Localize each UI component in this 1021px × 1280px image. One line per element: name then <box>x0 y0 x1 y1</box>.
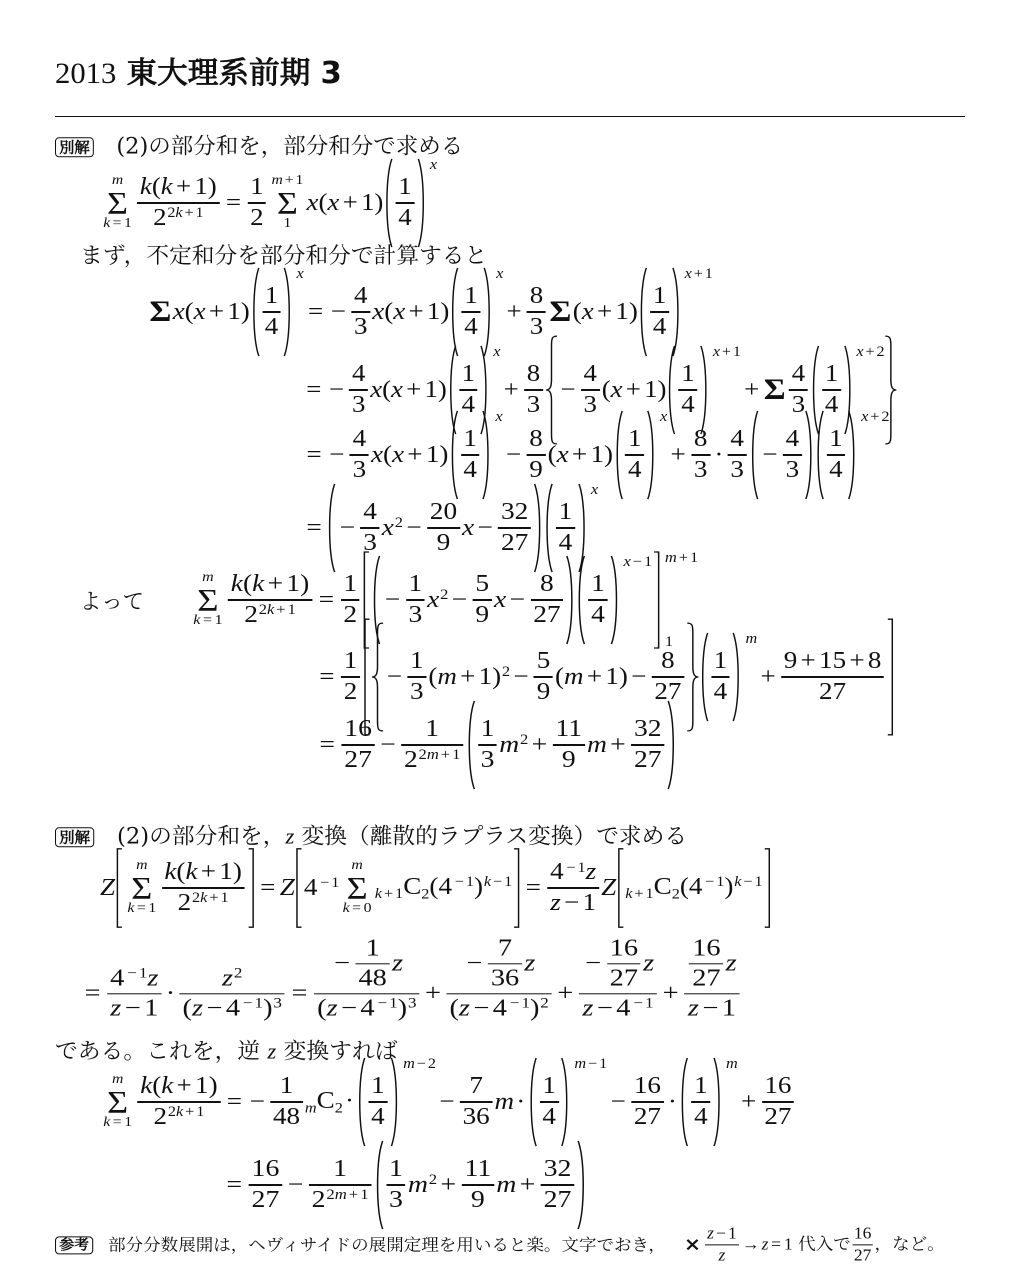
math-number: 2 <box>540 996 549 1012</box>
math-number: 1) <box>227 299 249 325</box>
math-number: 4 <box>354 283 367 309</box>
math-number: 1 <box>371 1073 385 1099</box>
sigma-operator: Σ <box>197 586 218 615</box>
math-number: 1 <box>733 344 741 360</box>
math-number: 1 <box>583 890 597 916</box>
math-number: 3 <box>786 457 800 483</box>
math-number: 1 <box>398 174 411 200</box>
math-number: 2 <box>234 966 243 982</box>
subscript: 2 <box>335 1100 343 1116</box>
math-variable: x <box>307 190 319 216</box>
math-operator: + <box>440 1172 456 1198</box>
math-run: 9 <box>562 747 576 774</box>
math-operator: + <box>408 299 423 325</box>
math-number: 36 <box>463 1104 490 1130</box>
math-number: ( <box>548 442 557 468</box>
math-run: 1 <box>653 283 666 310</box>
math-operator: + <box>849 648 864 674</box>
math-run: 9 <box>529 457 543 484</box>
right-parenthesis <box>732 632 742 722</box>
superscript: x <box>660 410 667 424</box>
denominator: 27 <box>631 746 664 774</box>
group-content: 14 <box>689 1057 712 1147</box>
right-bracket <box>886 618 895 736</box>
denominator: 4 <box>691 1103 710 1131</box>
math-variable: m <box>408 1172 428 1198</box>
math-run: 1 <box>694 1073 708 1100</box>
numerator: 11 <box>553 716 585 744</box>
superscript: 2k+1 <box>192 890 229 906</box>
math-number: ( <box>317 996 326 1022</box>
math-number: 2 <box>312 1187 326 1213</box>
math-number: 1 <box>463 426 477 452</box>
math-number: 1) <box>426 442 449 468</box>
fraction: z−1z <box>705 1224 738 1265</box>
math-operator: − <box>206 996 222 1022</box>
left-bracket <box>616 848 625 928</box>
math-variable: x <box>427 587 439 613</box>
math-run: 1 <box>425 716 439 743</box>
denominator: 9 <box>527 456 546 484</box>
right-bracket <box>512 848 521 928</box>
denominator: z <box>717 1246 727 1266</box>
numerator: 4 <box>361 499 380 527</box>
math-run: · <box>712 442 725 469</box>
label-badge: 別解 <box>55 827 94 847</box>
summation: mΣk=1 <box>127 859 156 917</box>
math-variable: m <box>564 664 584 690</box>
math-run: + <box>738 1089 760 1116</box>
label-badge: 別解 <box>55 137 94 157</box>
math-operator: − <box>705 874 714 890</box>
math-run: (m+1)2− <box>428 664 531 691</box>
math-number: 1 <box>645 886 653 902</box>
math-run: 22k+1 <box>153 1104 204 1131</box>
fraction: 14 <box>625 426 644 483</box>
math-number: 1 <box>716 874 724 890</box>
fraction: 4−1zz−1 <box>547 859 599 916</box>
group-content: 4−1mΣk=0k+1C2(4−1)k−1 <box>304 848 512 928</box>
lower-limit: 1 <box>284 217 292 232</box>
math-number: ( <box>383 442 392 468</box>
math-variable: z <box>643 950 654 976</box>
delimited-group: 4−1mΣk=0k+1C2(4−1)k−1 <box>295 848 522 928</box>
math-number: 3 <box>389 1187 403 1213</box>
math-number: 1 <box>521 996 530 1012</box>
math-run: 32 <box>634 716 662 743</box>
group-scripts: m−2 <box>403 1057 436 1147</box>
fraction: 13 <box>407 648 426 705</box>
math-run: (x+1) <box>548 442 613 469</box>
math-run: 8 <box>694 426 708 453</box>
math-run: (z−4−1)2 <box>449 996 548 1023</box>
math-variable: m <box>587 732 607 758</box>
math-number: 16 <box>764 1073 791 1099</box>
math-operator: − <box>243 996 253 1012</box>
math-variable: m <box>495 1089 515 1115</box>
math-dot-operator: · <box>345 1088 354 1114</box>
math-run: − <box>759 442 781 469</box>
denominator: 27 <box>631 1103 663 1131</box>
math-relation: = <box>308 299 323 325</box>
math-number: 16 <box>854 1223 872 1242</box>
numerator: 1 <box>822 361 841 389</box>
math-variable: x <box>861 409 868 425</box>
text: 部分分数展開は，ヘヴィサイドの展開定理を用いると楽。文字でおき， <box>108 1235 666 1254</box>
equation-z-transform-line-2: =4−1zz−1·z2(z−4−1)3=−148z(z−4−1)3+−736z(… <box>80 935 742 1052</box>
math-run: 16 <box>854 1224 872 1243</box>
fraction: 14 <box>462 283 481 340</box>
math-relation: = <box>260 875 275 901</box>
equation-inverse-result-line-1: mΣk=1k(k+1)22k+1=−148mC2·14m−2−736m·14m−… <box>100 1057 796 1147</box>
numerator: 4 <box>789 361 808 389</box>
math-run: 1 <box>628 426 642 453</box>
superscript: x <box>495 410 502 424</box>
math-number: 27 <box>819 679 846 705</box>
math-number: 2 <box>192 890 200 906</box>
math-number: 1 <box>148 901 156 916</box>
math-operator: + <box>870 409 879 425</box>
math-number: ( <box>428 664 437 690</box>
math-operator: + <box>185 1104 194 1120</box>
right-parenthesis <box>667 700 677 790</box>
math-run: 2 <box>250 205 263 232</box>
numerator: 8 <box>691 426 710 454</box>
math-number: 4 <box>694 1104 708 1130</box>
fraction: 1627 <box>689 935 723 992</box>
math-variable: k <box>231 571 243 597</box>
math-operator: − <box>340 515 355 541</box>
denominator: 9 <box>559 746 578 774</box>
math-operator: + <box>694 266 703 282</box>
math-number: 1 <box>366 935 380 961</box>
math-run: x(x+1) <box>371 442 448 469</box>
superscript: 3 <box>273 996 282 1012</box>
math-relation: = <box>113 1115 122 1130</box>
denominator: 22k+1 <box>150 204 206 232</box>
subscript: k+1 <box>625 886 653 902</box>
math-operator: + <box>201 859 216 885</box>
math-operator: + <box>670 442 685 468</box>
numerator: 1 <box>826 426 845 454</box>
math-number: 32 <box>634 716 662 742</box>
math-run: x(x+1) <box>370 377 447 404</box>
math-run: mC2· <box>305 1088 356 1116</box>
math-run: 4 <box>354 283 367 310</box>
fraction: 14 <box>396 174 415 231</box>
math-number: (4 <box>680 874 703 900</box>
math-run: − <box>383 664 405 691</box>
fraction: 43 <box>350 426 369 483</box>
math-run: 27 <box>344 747 372 774</box>
superscript: −1 <box>703 874 724 890</box>
numerator: 9+15+8 <box>781 648 884 676</box>
superscript: m <box>746 632 758 646</box>
math-number: 4 <box>463 457 477 483</box>
right-parenthesis <box>646 410 656 500</box>
math-variable: x <box>494 587 506 613</box>
math-number: 5 <box>475 571 489 597</box>
math-number: 1 <box>280 1073 294 1099</box>
math-number: 1) <box>427 299 449 325</box>
math-number: (4 <box>429 874 452 900</box>
left-parenthesis <box>383 158 393 248</box>
math-operator: + <box>865 344 874 360</box>
math-run: k+1C2(4−1)k−1 <box>625 874 762 902</box>
numerator: 8 <box>537 571 556 599</box>
math-run: 4 <box>786 426 800 453</box>
math-run: 4 <box>714 679 728 706</box>
denominator: 27 <box>607 964 641 992</box>
lower-limit: k=1 <box>103 217 132 232</box>
superscript: 2 <box>520 732 528 748</box>
superscript: x+2 <box>856 345 884 359</box>
math-run: k(k+1) <box>140 174 217 201</box>
math-run: (x+1) <box>573 299 638 326</box>
math-number: 8 <box>661 648 675 674</box>
numerator: 20 <box>427 499 460 527</box>
math-operator: + <box>634 886 643 902</box>
fraction: 119 <box>553 716 585 773</box>
math-number: 4 <box>714 679 728 705</box>
math-variable: x <box>856 344 863 360</box>
math-variable: k <box>161 174 173 200</box>
denominator: 27 <box>852 1246 873 1266</box>
math-number: 9 <box>562 747 576 773</box>
math-run: 27 <box>819 679 846 706</box>
numerator: 1 <box>341 571 360 599</box>
math-run: 1 <box>343 571 357 598</box>
math-run: Z <box>601 875 616 902</box>
superscript: x+1 <box>713 345 741 359</box>
math-number: ( <box>243 571 252 597</box>
math-number: 1 <box>559 499 573 525</box>
math-run: = <box>222 190 246 217</box>
group-content: 14 <box>824 410 847 500</box>
math-run: =Z <box>256 875 295 902</box>
math-run: 8 <box>529 426 543 453</box>
numerator: 4 <box>351 283 370 311</box>
math-number: 16 <box>252 1156 280 1182</box>
math-run: 11 <box>555 716 582 743</box>
superscript: 2k+1 <box>259 602 296 618</box>
math-number: 3 <box>408 996 417 1012</box>
math-number: 1 <box>255 996 264 1012</box>
math-run: 8 <box>527 361 540 388</box>
group-content: k+1C2(4−1)k−1 <box>625 848 762 928</box>
math-run: 27 <box>764 1104 791 1131</box>
math-number: 32 <box>544 1156 572 1182</box>
math-run: − <box>381 587 403 614</box>
math-run: k(k+1) <box>231 571 309 598</box>
denominator: z−1 <box>107 995 161 1023</box>
math-run: 22k+1 <box>244 602 296 629</box>
numerator: 1627z <box>684 935 739 993</box>
numerator: k(k+1) <box>162 859 245 887</box>
math-number: 1 <box>333 1156 347 1182</box>
superscript: k−1 <box>484 874 512 890</box>
math-number: 4 <box>542 1104 556 1130</box>
superscript: −1 <box>564 860 585 876</box>
math-number: 1 <box>481 716 495 742</box>
math-run: 1 <box>280 1073 294 1100</box>
numerator: 1 <box>406 571 425 599</box>
math-run: 16 <box>634 1073 661 1100</box>
math-variable: x <box>327 190 339 216</box>
fraction: 827 <box>652 648 684 705</box>
math-number: 1 <box>542 1073 556 1099</box>
delimited-group: k+1C2(4−1)k−1 <box>616 848 772 928</box>
math-number: 9 <box>784 648 798 674</box>
math-run: · <box>666 1089 679 1116</box>
math-number: 2 <box>404 747 418 773</box>
math-variable: k <box>161 1073 173 1099</box>
sigma-operator: Σ <box>107 1088 128 1117</box>
math-number: 8 <box>694 426 708 452</box>
math-operator: − <box>387 664 402 690</box>
math-operator: + <box>184 205 193 221</box>
fraction: 119 <box>462 1156 494 1213</box>
group-content: −43 <box>759 410 804 500</box>
math-variable: x <box>430 157 437 173</box>
delimited-group: 14m−1 <box>527 1057 607 1147</box>
math-number: 1) <box>479 664 502 690</box>
math-run: 5 <box>475 571 489 598</box>
math-run: 16 <box>692 935 720 962</box>
superscript: x <box>496 267 503 281</box>
math-operator: + <box>801 648 816 674</box>
math-variable: x <box>493 344 500 360</box>
superscript: 2k+1 <box>168 1104 205 1120</box>
denominator: 22k+1 <box>175 889 231 917</box>
math-run: 27 <box>634 747 662 774</box>
numerator: 8 <box>524 361 543 389</box>
math-number: 1 <box>196 1104 204 1120</box>
math-run: 9+15+8 <box>784 648 882 675</box>
math-number: 1 <box>825 361 838 387</box>
summation: mΣk=1 <box>103 174 132 232</box>
math-number: 16 <box>344 716 372 742</box>
math-run: 1 <box>250 174 263 201</box>
math-number: 2 <box>440 587 448 603</box>
denominator: 48 <box>270 1103 302 1131</box>
math-run: x− <box>494 587 528 614</box>
math-number: 3 <box>694 457 708 483</box>
fraction: 14 <box>368 1073 387 1130</box>
superscript: 2m+1 <box>419 747 461 763</box>
denominator: 22k+1 <box>151 1103 207 1131</box>
math-variable: k <box>127 901 134 916</box>
math-variable: x <box>685 266 692 282</box>
math-number: 48 <box>358 965 386 991</box>
denominator: z−4−1 <box>580 995 657 1023</box>
math-number: 4 <box>786 426 800 452</box>
math-run: m· <box>495 1089 528 1116</box>
math-variable: Z <box>601 875 616 901</box>
denominator: 4 <box>711 678 730 706</box>
math-run: 32 <box>544 1156 572 1183</box>
math-operator: + <box>587 664 602 690</box>
fraction: 13 <box>478 716 497 773</box>
math-number: 1) <box>605 664 628 690</box>
math-operator: + <box>520 1172 536 1198</box>
denominator: 27 <box>541 1186 574 1214</box>
math-operator: − <box>473 996 489 1022</box>
text: (2)の部分和を，部分和分で求める <box>116 134 463 159</box>
sigma-operator: Σ <box>107 189 128 218</box>
math-number: 2 <box>395 515 403 531</box>
math-run: 48 <box>273 1104 300 1131</box>
math-run: x(x+1) <box>173 299 250 326</box>
superscript: 2k+1 <box>167 205 203 221</box>
math-number: 27 <box>692 965 720 991</box>
group-content: 14 <box>260 267 283 357</box>
math-variable: z <box>222 965 233 991</box>
math-number: 1 <box>591 571 605 597</box>
numerator: 16 <box>762 1073 794 1101</box>
fraction: 1627 <box>852 1224 873 1265</box>
fraction: 43 <box>783 426 802 483</box>
math-variable: z <box>459 996 470 1022</box>
numerator: 4 <box>783 426 802 454</box>
denominator: 4 <box>461 456 480 484</box>
fraction: 148 <box>356 935 390 992</box>
fraction: 14 <box>711 648 730 705</box>
math-operator: − <box>510 996 520 1012</box>
summation: mΣk=0 <box>343 859 372 917</box>
math-run: 4−1 <box>304 875 340 902</box>
math-run: = <box>287 981 312 1008</box>
numerator: 32 <box>541 1156 574 1184</box>
fraction: k(k+1)22k+1 <box>138 1073 221 1130</box>
denominator: 27 <box>689 964 723 992</box>
math-run: 1 <box>542 1073 556 1100</box>
math-number: 15 <box>819 648 846 674</box>
fraction: k(k+1)22k+1 <box>162 859 245 916</box>
right-parenthesis <box>561 1057 571 1147</box>
group-scripts: m <box>746 632 758 722</box>
math-run: + <box>757 664 779 691</box>
math-run: ，など。 <box>875 1236 945 1255</box>
left-bracket <box>115 848 124 928</box>
math-variable: k <box>164 859 176 885</box>
numerator: 8 <box>658 648 677 676</box>
math-run: 16 <box>764 1073 791 1100</box>
math-run: 20 <box>430 499 457 526</box>
math-run: 32 <box>501 499 528 526</box>
denominator: 3 <box>691 456 710 484</box>
math-operator: − <box>288 1172 304 1198</box>
math-run: + <box>659 981 682 1008</box>
math-variable: z <box>550 890 561 916</box>
denominator: 4 <box>396 204 415 232</box>
math-run: z <box>726 950 737 977</box>
math-run: 1 <box>398 174 411 201</box>
math-operator: + <box>209 299 224 325</box>
numerator: 1 <box>462 283 481 311</box>
math-number: 1 <box>504 874 512 890</box>
math-variable: x <box>623 554 630 570</box>
denominator: 36 <box>488 964 522 992</box>
denominator: 4 <box>368 1103 387 1131</box>
math-operator: − <box>633 996 643 1012</box>
fraction: 83 <box>527 283 546 340</box>
math-number: 16 <box>634 1073 661 1099</box>
math-number: ( <box>382 377 391 403</box>
math-run: + <box>741 377 763 404</box>
numerator: 1 <box>556 499 575 527</box>
math-run: z2 <box>222 965 242 992</box>
